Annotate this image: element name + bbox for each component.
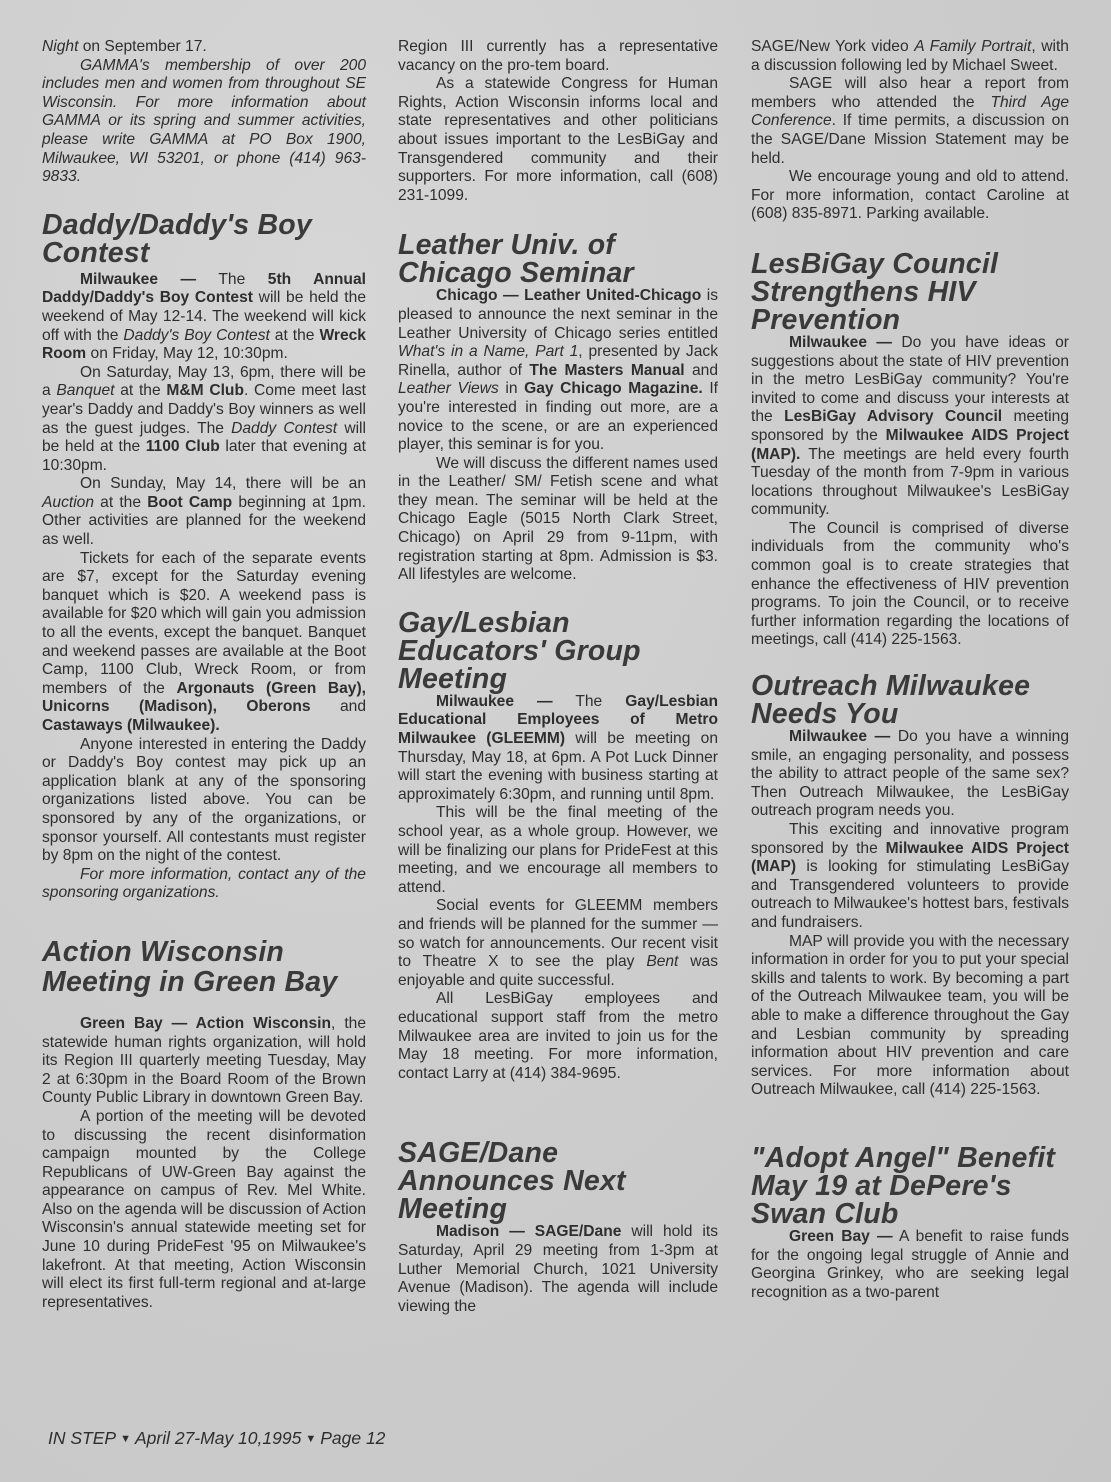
continued-paragraph: SAGE/New York video A Family Portrait, w… [751, 38, 1069, 75]
body-paragraph: Anyone interested in entering the Daddy … [42, 736, 366, 866]
headline: Gay/Lesbian Educators' Group Meeting [398, 609, 718, 693]
column-1: Night on September 17. GAMMA's membershi… [42, 38, 366, 1312]
body-paragraph: Milwaukee — The 5th Annual Daddy/Daddy's… [42, 271, 366, 364]
body-paragraph: This exciting and innovative program spo… [751, 821, 1069, 933]
publication-name: IN STEP [48, 1428, 116, 1448]
article-adopt-angel: "Adopt Angel" Benefit May 19 at DePere's… [751, 1144, 1069, 1302]
article-sage-dane: SAGE/Dane Announces Next Meeting Madison… [398, 1139, 718, 1316]
article-leather-seminar: Leather Univ. of Chicago Seminar Chicago… [398, 231, 718, 585]
article-lesbigay-council: LesBiGay Council Strengthens HIV Prevent… [751, 250, 1069, 650]
body-paragraph: Social events for GLEEMM members and fri… [398, 897, 718, 990]
triangle-separator-icon: ▼ [305, 1433, 316, 1445]
article-gleemm: Gay/Lesbian Educators' Group Meeting Mil… [398, 609, 718, 1083]
body-paragraph: Chicago — Leather United-Chicago is plea… [398, 287, 718, 454]
continued-paragraph: Night on September 17. [42, 38, 366, 57]
triangle-separator-icon: ▼ [120, 1433, 131, 1445]
body-paragraph: Milwaukee — The Gay/Lesbian Educational … [398, 693, 718, 805]
headline: Daddy/Daddy's Boy Contest [42, 211, 366, 267]
body-paragraph: Madison — SAGE/Dane will hold its Saturd… [398, 1223, 718, 1316]
column-3: SAGE/New York video A Family Portrait, w… [751, 38, 1069, 1302]
article-action-wisconsin: Action Wisconsin Meeting in Green Bay Gr… [42, 937, 366, 1313]
body-paragraph: Green Bay — A benefit to raise funds for… [751, 1228, 1069, 1302]
body-paragraph: A portion of the meeting will be devoted… [42, 1108, 366, 1313]
article-daddy-contest: Daddy/Daddy's Boy Contest Milwaukee — Th… [42, 211, 366, 903]
page-footer: IN STEP▼April 27-May 10,1995▼Page 12 [48, 1428, 385, 1449]
continued-paragraph: Region III currently has a representativ… [398, 38, 718, 75]
body-paragraph: On Saturday, May 13, 6pm, there will be … [42, 364, 366, 476]
gamma-paragraph: GAMMA's membership of over 200 includes … [42, 57, 366, 187]
continued-paragraph: We encourage young and old to attend. Fo… [751, 168, 1069, 224]
headline: Leather Univ. of Chicago Seminar [398, 231, 718, 287]
article-outreach-milwaukee: Outreach Milwaukee Needs You Milwaukee —… [751, 672, 1069, 1100]
body-paragraph: MAP will provide you with the necessary … [751, 933, 1069, 1100]
body-paragraph: This will be the final meeting of the sc… [398, 804, 718, 897]
body-paragraph: Tickets for each of the separate events … [42, 550, 366, 736]
headline: Action Wisconsin Meeting in Green Bay [42, 937, 366, 997]
headline: LesBiGay Council Strengthens HIV Prevent… [751, 250, 1069, 334]
body-paragraph: All LesBiGay employees and educational s… [398, 990, 718, 1083]
body-paragraph: The Council is comprised of diverse indi… [751, 520, 1069, 650]
body-paragraph: On Sunday, May 14, there will be an Auct… [42, 475, 366, 549]
headline: "Adopt Angel" Benefit May 19 at DePere's… [751, 1144, 1069, 1228]
column-2: Region III currently has a representativ… [398, 38, 718, 1316]
page-number: Page 12 [320, 1428, 385, 1448]
body-paragraph: Milwaukee — Do you have ideas or suggest… [751, 334, 1069, 520]
headline: SAGE/Dane Announces Next Meeting [398, 1139, 718, 1223]
body-paragraph: For more information, contact any of the… [42, 866, 366, 903]
body-paragraph: Milwaukee — Do you have a winning smile,… [751, 728, 1069, 821]
issue-dates: April 27-May 10,1995 [135, 1428, 301, 1448]
headline: Outreach Milwaukee Needs You [751, 672, 1069, 728]
continued-paragraph: SAGE will also hear a report from member… [751, 75, 1069, 168]
body-paragraph: Green Bay — Action Wisconsin, the statew… [42, 1015, 366, 1108]
continued-paragraph: As a statewide Congress for Human Rights… [398, 75, 718, 205]
body-paragraph: We will discuss the different names used… [398, 455, 718, 585]
